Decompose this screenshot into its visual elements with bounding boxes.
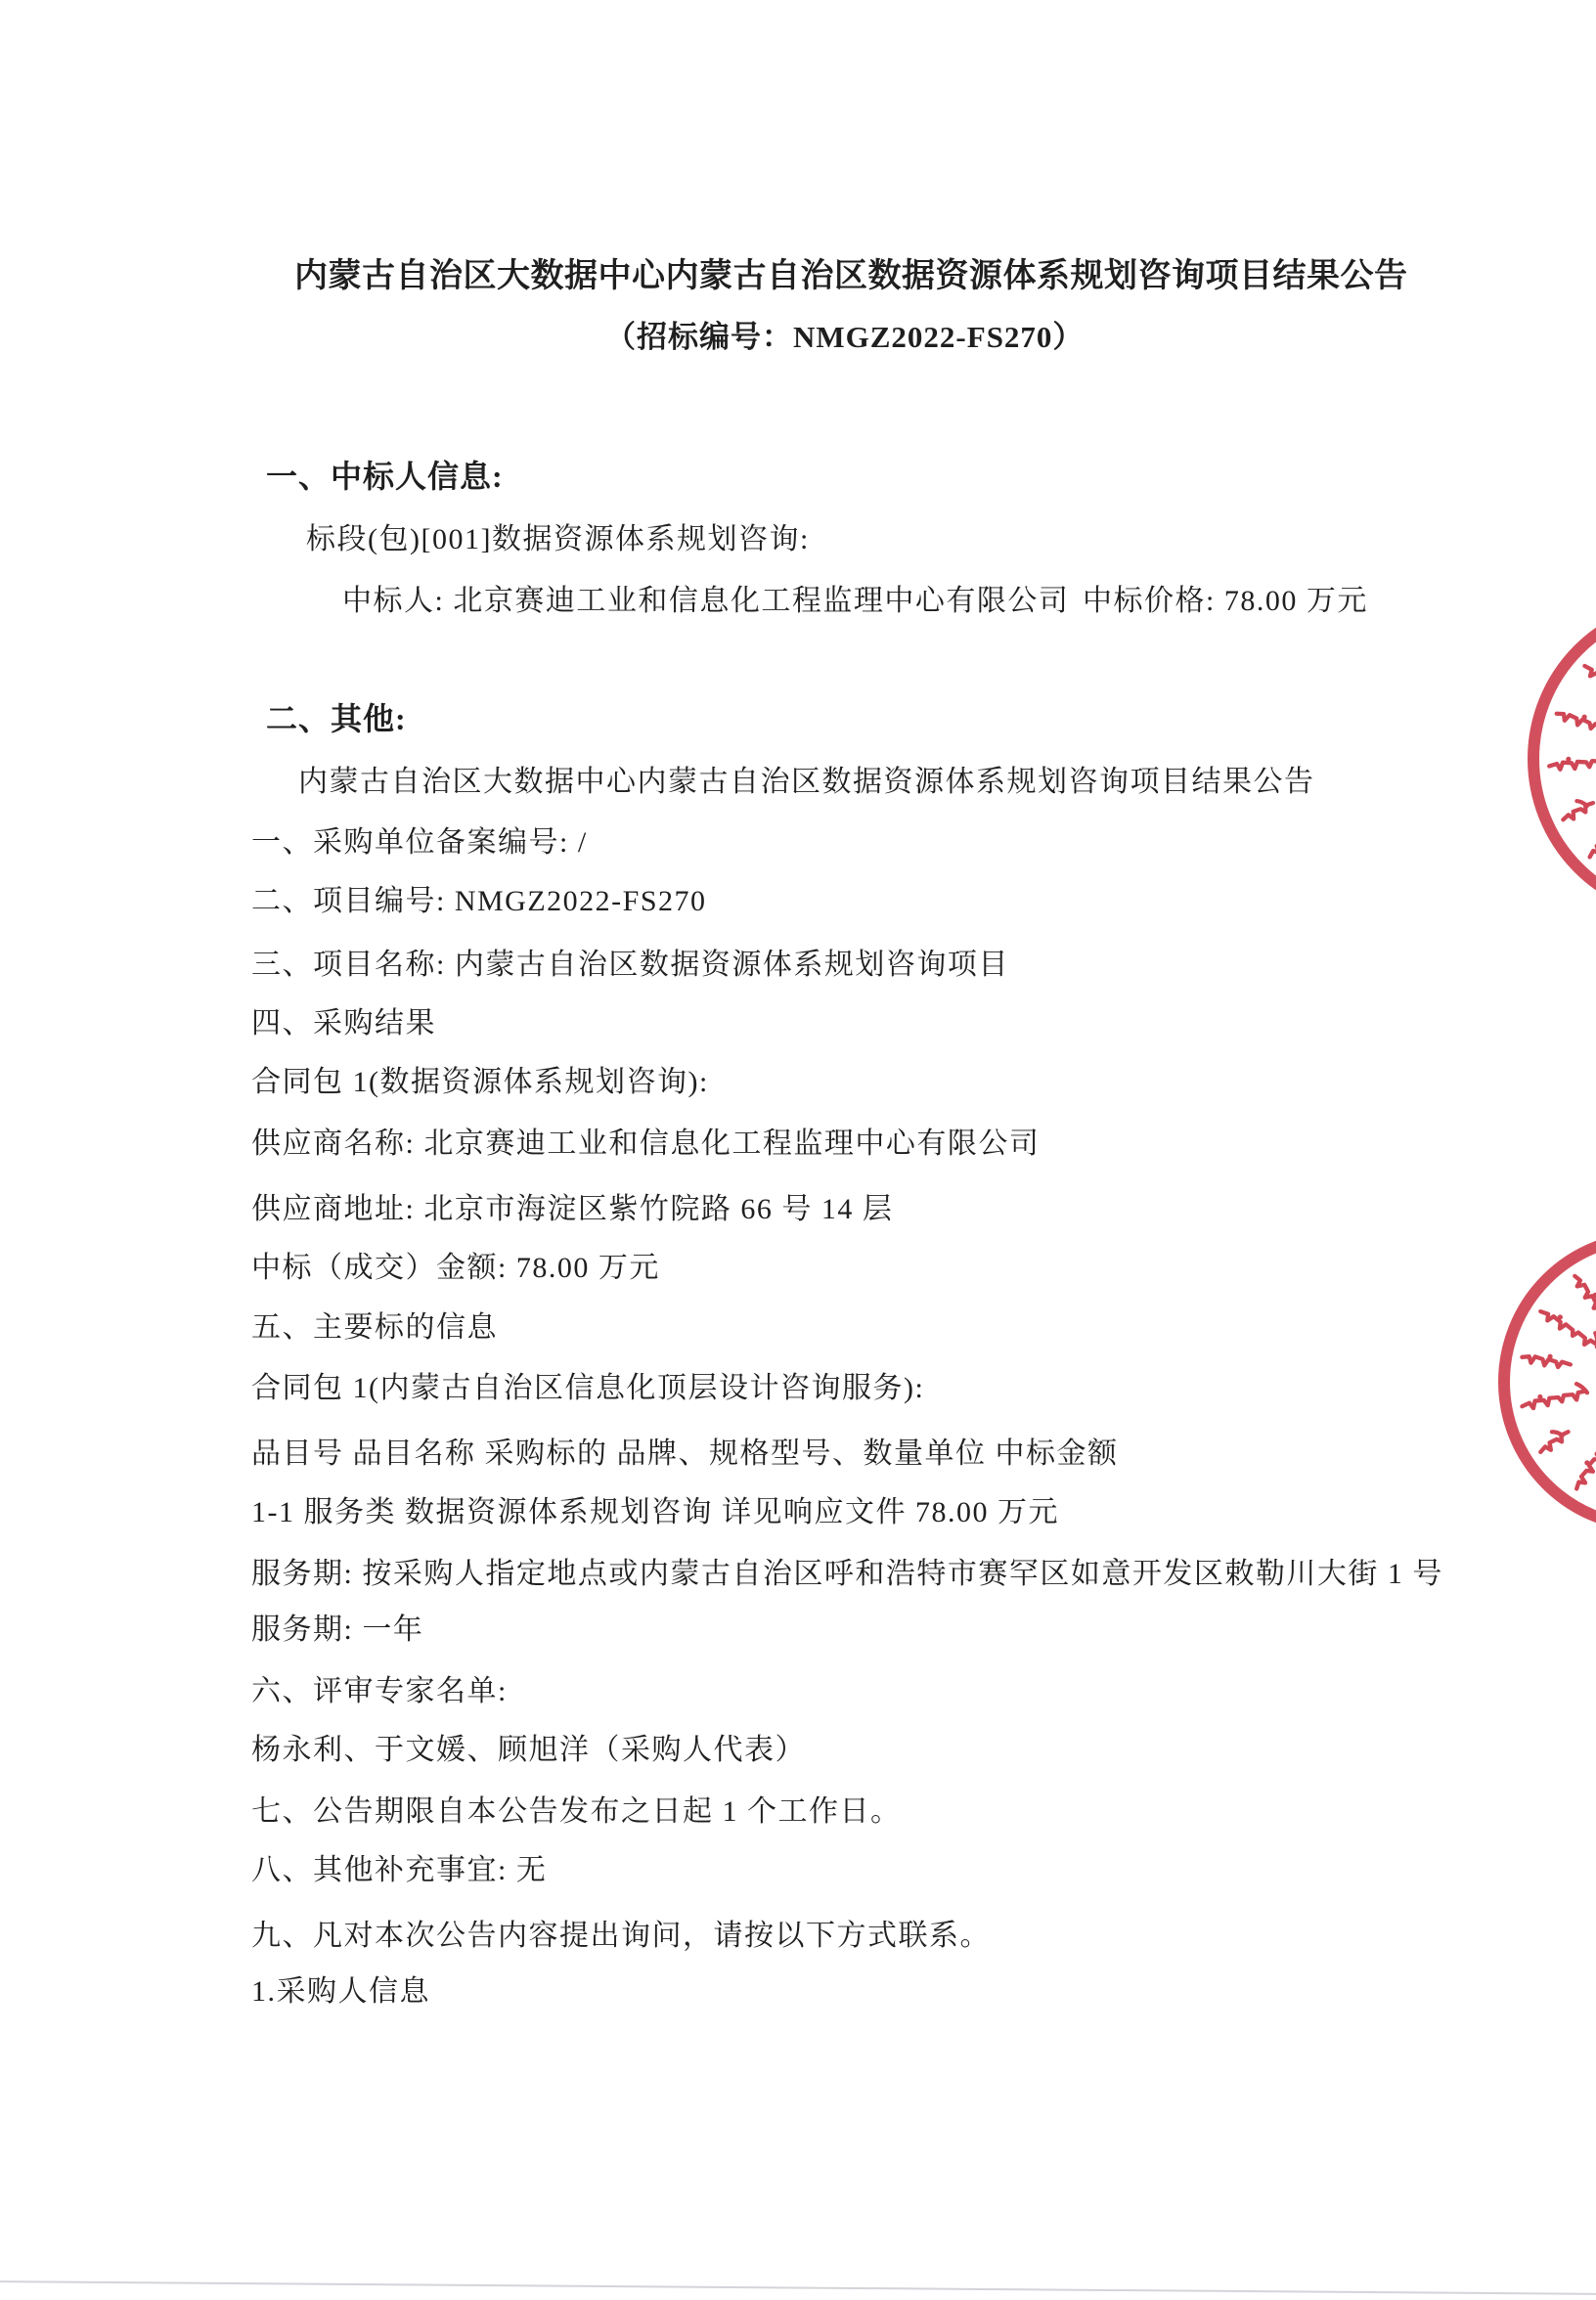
- record-number-line: 一、采购单位备案编号: /: [251, 828, 588, 858]
- winner-name-line: 中标人: 北京赛迪工业和信息化工程监理中心有限公司: [342, 587, 1069, 616]
- seal-ring: [1504, 1237, 1596, 1526]
- supplier-name-line: 供应商名称: 北京赛迪工业和信息化工程监理中心有限公司: [251, 1129, 1040, 1159]
- seal-script-glyphs: [1520, 1254, 1596, 1509]
- seal-graphic: [1502, 573, 1596, 945]
- supplier-address-line: 供应商地址: 北京市海淀区紫竹院路 66 号 14 层: [251, 1195, 893, 1224]
- scan-edge-artifact: [0, 2280, 1596, 2295]
- supplementary-matters-line: 八、其他补充事宜: 无: [251, 1856, 547, 1885]
- expert-list-heading: 六、评审专家名单:: [251, 1677, 508, 1706]
- official-seal-stamp-2: [1473, 1206, 1596, 1558]
- contract-package-line: 合同包 1(数据资源体系规划咨询):: [251, 1068, 709, 1097]
- item-table-header-line: 品目号 品目名称 采购标的 品牌、规格型号、数量单位 中标金额: [251, 1439, 1119, 1469]
- announcement-repeat-title: 内蒙古自治区大数据中心内蒙古自治区数据资源体系规划咨询项目结果公告: [298, 768, 1315, 797]
- project-number-line: 二、项目编号: NMGZ2022-FS270: [251, 887, 707, 916]
- expert-names-line: 杨永利、于文媛、顾旭洋（采购人代表）: [251, 1736, 806, 1765]
- page-title: 内蒙古自治区大数据中心内蒙古自治区数据资源体系规划咨询项目结果公告: [294, 260, 1408, 293]
- purchaser-info-heading: 1.采购人信息: [251, 1977, 430, 2007]
- winner-section-heading: 一、中标人信息:: [266, 461, 504, 492]
- winning-price-line: 中标价格: 78.00 万元: [1083, 587, 1368, 616]
- seal-ring: [1533, 604, 1596, 913]
- project-name-line: 三、项目名称: 内蒙古自治区数据资源体系规划咨询项目: [251, 951, 1009, 980]
- procurement-result-heading: 四、采购结果: [251, 1009, 436, 1039]
- official-seal-stamp-1: [1502, 573, 1596, 945]
- bid-number-line: （招标编号：NMGZ2022-FS270）: [605, 322, 1084, 352]
- item-table-row-line: 1-1 服务类 数据资源体系规划咨询 详见响应文件 78.00 万元: [251, 1498, 1059, 1527]
- document-page: 内蒙古自治区大数据中心内蒙古自治区数据资源体系规划咨询项目结果公告 （招标编号：…: [0, 0, 1596, 2300]
- seal-graphic: [1473, 1206, 1596, 1558]
- service-period-line: 服务期: 一年: [251, 1615, 423, 1645]
- service-location-line: 服务期: 按采购人指定地点或内蒙古自治区呼和浩特市赛罕区如意开发区敕勒川大街 1…: [251, 1560, 1443, 1589]
- contact-instruction-line: 九、凡对本次公告内容提出询问，请按以下方式联系。: [251, 1922, 991, 1951]
- seal-script-glyphs: [1549, 657, 1596, 860]
- contract-package-line-2: 合同包 1(内蒙古自治区信息化顶层设计咨询服务):: [251, 1374, 924, 1403]
- main-subject-info-heading: 五、主要标的信息: [251, 1313, 498, 1343]
- lot-package-line: 标段(包)[001]数据资源体系规划咨询:: [306, 525, 810, 554]
- announcement-period-line: 七、公告期限自本公告发布之日起 1 个工作日。: [251, 1797, 902, 1827]
- award-amount-line: 中标（成交）金额: 78.00 万元: [251, 1254, 660, 1283]
- other-section-heading: 二、其他:: [266, 703, 407, 734]
